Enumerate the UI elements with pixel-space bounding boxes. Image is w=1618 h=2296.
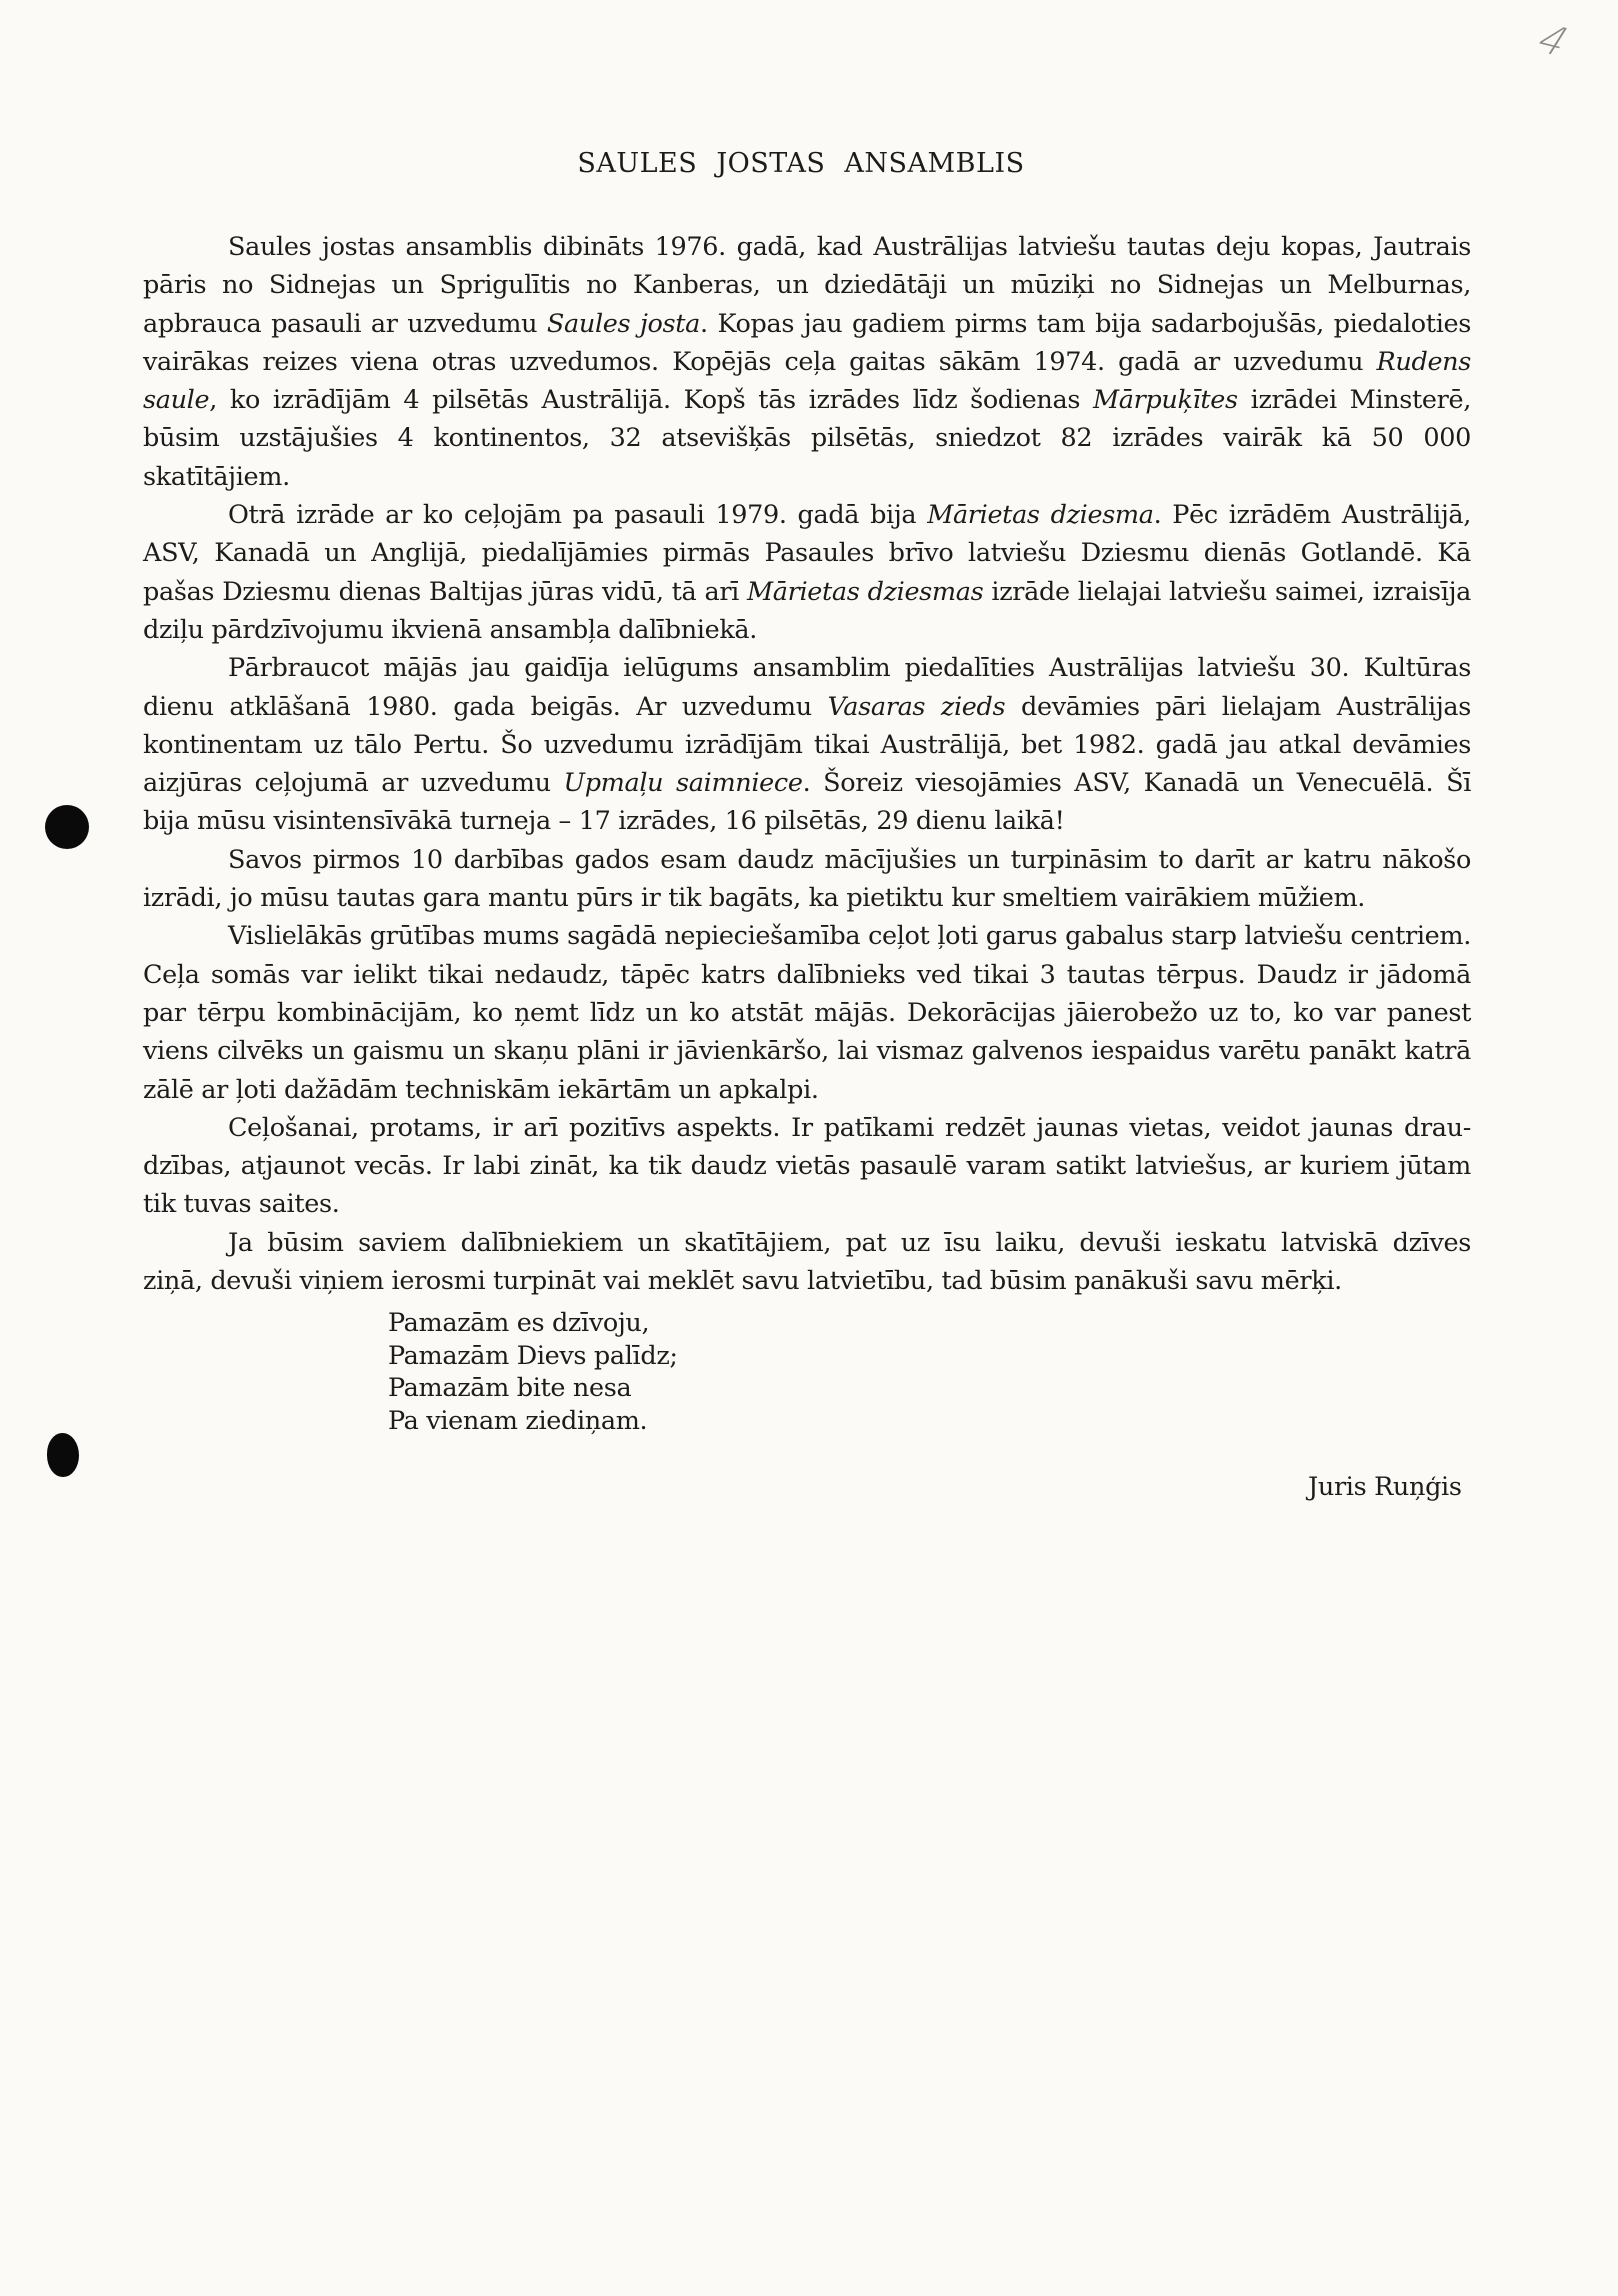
text-line: dienu atklāšanā 1980. gada beigās. Ar uz…: [143, 688, 1471, 726]
text-segment: dzības, atjaunot vecās. Ir labi zināt, k…: [143, 1151, 1471, 1181]
text-line: būsim uzstājušies 4 kontinentos, 32 atse…: [143, 419, 1471, 457]
text-line: aizjūras ceļojumā ar uzvedumu Upmaļu sai…: [143, 764, 1471, 802]
italic-title: Mārietas dziesmas: [747, 577, 983, 607]
text-segment: Ceļa somās var ielikt tikai nedaudz, tāp…: [143, 960, 1471, 990]
text-line: Pārbraucot mājās jau gaidīja ielūgums an…: [143, 649, 1471, 687]
text-line: Savos pirmos 10 darbības gados esam daud…: [143, 841, 1471, 879]
text-segment: Savos pirmos 10 darbības gados esam daud…: [228, 845, 1471, 875]
text-line: dzības, atjaunot vecās. Ir labi zināt, k…: [143, 1147, 1471, 1185]
italic-title: Mārietas dziesma: [927, 500, 1153, 530]
text-line: zālē ar ļoti dažādām techniskām iekārtām…: [143, 1071, 1471, 1109]
text-segment: izrādi, jo mūsu tautas gara mantu pūrs i…: [143, 883, 1365, 913]
punch-hole-bottom: [47, 1433, 79, 1477]
text-segment: devāmies pāri lielajam Austrālijas: [1005, 692, 1471, 722]
italic-title: saule: [143, 385, 209, 415]
poem-line: Pamazām bite nesa: [388, 1372, 678, 1405]
text-line: Otrā izrāde ar ko ceļojām pa pasauli 197…: [143, 496, 1471, 534]
text-segment: Saules jostas ansamblis dibināts 1976. g…: [228, 232, 1471, 262]
document-page: 4 SAULES JOSTAS ANSAMBLIS Saules jostas …: [0, 0, 1618, 2296]
text-line: Vislielākās grūtības mums sagādā nepieci…: [143, 917, 1471, 955]
text-segment: dienu atklāšanā 1980. gada beigās. Ar uz…: [143, 692, 828, 722]
italic-title: Rudens: [1377, 347, 1471, 377]
text-line: vairākas reizes viena otras uzvedumos. K…: [143, 343, 1471, 381]
poem-line: Pamazām Dievs palīdz;: [388, 1340, 678, 1373]
italic-title: Vasaras zieds: [828, 692, 1006, 722]
text-segment: būsim uzstājušies 4 kontinentos, 32 atse…: [143, 423, 1471, 453]
text-line: pašas Dziesmu dienas Baltijas jūras vidū…: [143, 573, 1471, 611]
text-segment: vairākas reizes viena otras uzvedumos. K…: [143, 347, 1377, 377]
text-segment: bija mūsu visintensīvākā turneja – 17 iz…: [143, 806, 1065, 836]
text-segment: viens cilvēks un gaismu un skaņu plāni i…: [143, 1036, 1471, 1066]
text-segment: pašas Dziesmu dienas Baltijas jūras vidū…: [143, 577, 747, 607]
text-line: pāris no Sidnejas un Sprigulītis no Kanb…: [143, 266, 1471, 304]
text-segment: Otrā izrāde ar ko ceļojām pa pasauli 197…: [228, 500, 927, 530]
text-segment: Ja būsim saviem dalībniekiem un skatītāj…: [228, 1228, 1471, 1258]
text-segment: apbrauca pasauli ar uzvedumu: [143, 309, 547, 339]
italic-title: Upmaļu saimniece: [564, 768, 803, 798]
italic-title: Mārpuķītes: [1093, 385, 1238, 415]
document-body: Saules jostas ansamblis dibināts 1976. g…: [143, 228, 1471, 1300]
text-segment: par tērpu kombinācijām, ko ņemt līdz un …: [143, 998, 1471, 1028]
text-segment: kontinentam uz tālo Pertu. Šo uzvedumu i…: [143, 730, 1471, 760]
poem-stanza: Pamazām es dzīvoju,Pamazām Dievs palīdz;…: [388, 1307, 678, 1437]
text-segment: izrādei Minsterē,: [1238, 385, 1471, 415]
author-signature: Juris Ruņģis: [1308, 1472, 1462, 1502]
text-line: izrādi, jo mūsu tautas gara mantu pūrs i…: [143, 879, 1471, 917]
document-title: SAULES JOSTAS ANSAMBLIS: [0, 148, 1602, 179]
text-line: dziļu pārdzīvojumu ikvienā ansambļa dalī…: [143, 611, 1471, 649]
text-line: bija mūsu visintensīvākā turneja – 17 iz…: [143, 802, 1471, 840]
text-segment: , ko izrādījām 4 pilsētās Austrālijā. Ko…: [209, 385, 1093, 415]
text-line: viens cilvēks un gaismu un skaņu plāni i…: [143, 1032, 1471, 1070]
text-line: apbrauca pasauli ar uzvedumu Saules jost…: [143, 305, 1471, 343]
text-segment: Pārbraucot mājās jau gaidīja ielūgums an…: [228, 653, 1471, 683]
poem-line: Pa vienam ziediņam.: [388, 1405, 678, 1438]
text-segment: . Šoreiz viesojāmies ASV, Kanadā un Vene…: [803, 768, 1471, 798]
handwritten-page-number: 4: [1528, 18, 1576, 65]
text-line: kontinentam uz tālo Pertu. Šo uzvedumu i…: [143, 726, 1471, 764]
poem-line: Pamazām es dzīvoju,: [388, 1307, 678, 1340]
text-segment: skatītājiem.: [143, 462, 290, 492]
text-line: tik tuvas saites.: [143, 1185, 1471, 1223]
text-segment: izrāde lielajai latviešu saimei, izraisī…: [983, 577, 1471, 607]
text-segment: aizjūras ceļojumā ar uzvedumu: [143, 768, 564, 798]
text-line: Ceļa somās var ielikt tikai nedaudz, tāp…: [143, 956, 1471, 994]
text-segment: . Kopas jau gadiem pirms tam bija sadarb…: [700, 309, 1471, 339]
text-line: Saules jostas ansamblis dibināts 1976. g…: [143, 228, 1471, 266]
text-segment: ziņā, devuši viņiem ierosmi turpināt vai…: [143, 1266, 1342, 1296]
punch-hole-top: [45, 805, 89, 849]
text-segment: tik tuvas saites.: [143, 1189, 339, 1219]
text-line: skatītājiem.: [143, 458, 1471, 496]
text-line: ziņā, devuši viņiem ierosmi turpināt vai…: [143, 1262, 1471, 1300]
text-line: Ceļošanai, protams, ir arī pozitīvs aspe…: [143, 1109, 1471, 1147]
text-segment: dziļu pārdzīvojumu ikvienā ansambļa dalī…: [143, 615, 757, 645]
text-segment: Vislielākās grūtības mums sagādā nepieci…: [228, 921, 1471, 951]
text-line: Ja būsim saviem dalībniekiem un skatītāj…: [143, 1224, 1471, 1262]
italic-title: Saules josta: [547, 309, 700, 339]
text-line: saule, ko izrādījām 4 pilsētās Austrālij…: [143, 381, 1471, 419]
text-segment: Ceļošanai, protams, ir arī pozitīvs aspe…: [228, 1113, 1471, 1143]
text-line: ASV, Kanadā un Anglijā, piedalījāmies pi…: [143, 534, 1471, 572]
text-line: par tērpu kombinācijām, ko ņemt līdz un …: [143, 994, 1471, 1032]
text-segment: ASV, Kanadā un Anglijā, piedalījāmies pi…: [143, 538, 1471, 568]
text-segment: . Pēc izrādēm Austrālijā,: [1154, 500, 1471, 530]
text-segment: zālē ar ļoti dažādām techniskām iekārtām…: [143, 1075, 819, 1105]
text-segment: pāris no Sidnejas un Sprigulītis no Kanb…: [143, 270, 1471, 300]
